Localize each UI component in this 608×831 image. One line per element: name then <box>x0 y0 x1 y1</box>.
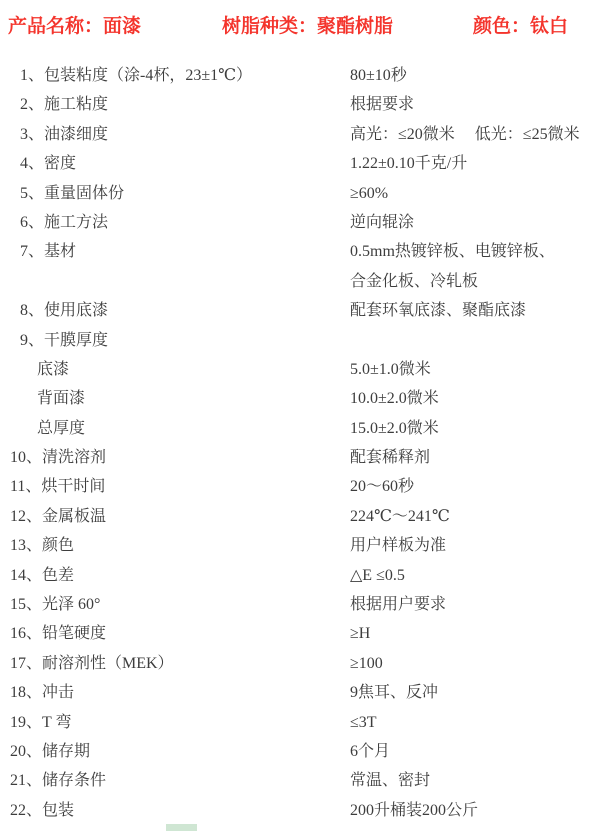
spec-row: 20、储存期 6个月 <box>0 737 608 766</box>
spec-row: 12、金属板温 224℃～241℃ <box>0 502 608 531</box>
spec-row-label: 17、耐溶剂性（MEK） <box>0 649 350 678</box>
spec-row-value: ≥60% <box>350 179 608 208</box>
spec-row-label: 7、基材 <box>0 237 350 266</box>
spec-row-label <box>0 267 350 296</box>
spec-row-value: 常温、密封 <box>350 766 608 795</box>
spec-row-label: 15、光泽 60° <box>0 590 350 619</box>
spec-row: 总厚度 15.0±2.0微米 <box>0 414 608 443</box>
spec-row: 底漆 5.0±1.0微米 <box>0 355 608 384</box>
spec-row: 4、密度 1.22±0.10千克/升 <box>0 149 608 178</box>
spec-row-label: 9、干膜厚度 <box>0 326 350 355</box>
spec-row-label: 10、清洗溶剂 <box>0 443 350 472</box>
spec-row-value: 合金化板、冷轧板 <box>350 267 608 296</box>
spec-row-label: 4、密度 <box>0 149 350 178</box>
spec-row-label: 11、烘干时间 <box>0 472 350 501</box>
spec-row: 3、油漆细度 高光：≤20微米 低光：≤25微米 <box>0 120 608 149</box>
spec-row-label: 2、施工粘度 <box>0 90 350 119</box>
spec-row-value: 15.0±2.0微米 <box>350 414 608 443</box>
spec-row-label: 5、重量固体份 <box>0 179 350 208</box>
spec-row-value: 0.5mm热镀锌板、电镀锌板、 <box>350 237 608 266</box>
spec-row-value: ≥H <box>350 619 608 648</box>
spec-row-label: 背面漆 <box>0 384 350 413</box>
spec-row-value: 配套稀释剂 <box>350 443 608 472</box>
spec-row-value: 9焦耳、反冲 <box>350 678 608 707</box>
spec-row: 15、光泽 60° 根据用户要求 <box>0 590 608 619</box>
spec-row-label: 18、冲击 <box>0 678 350 707</box>
spec-row-value <box>350 326 608 355</box>
spec-row: 17、耐溶剂性（MEK） ≥100 <box>0 649 608 678</box>
spec-row-label: 20、储存期 <box>0 737 350 766</box>
spec-row-value: 根据要求 <box>350 90 608 119</box>
spec-row: 背面漆 10.0±2.0微米 <box>0 384 608 413</box>
spec-row-label: 3、油漆细度 <box>0 120 350 149</box>
spec-row-label: 1、包装粘度（涂-4杯，23±1℃） <box>0 61 350 90</box>
spec-row: 11、烘干时间 20～60秒 <box>0 472 608 501</box>
spec-row-label: 6、施工方法 <box>0 208 350 237</box>
spec-row-value: 80±10秒 <box>350 61 608 90</box>
spec-row-value: 配套环氧底漆、聚酯底漆 <box>350 296 608 325</box>
spec-row: 21、储存条件 常温、密封 <box>0 766 608 795</box>
spec-row-label: 21、储存条件 <box>0 766 350 795</box>
spec-row-value: 逆向辊涂 <box>350 208 608 237</box>
spec-row-label: 13、颜色 <box>0 531 350 560</box>
spec-row: 2、施工粘度 根据要求 <box>0 90 608 119</box>
footer-highlight-bar <box>166 824 197 831</box>
spec-row: 9、干膜厚度 <box>0 326 608 355</box>
spec-row-value: 用户样板为准 <box>350 531 608 560</box>
spec-row-value: 10.0±2.0微米 <box>350 384 608 413</box>
resin-type-label: 树脂种类：聚酯树脂 <box>222 11 393 38</box>
spec-row: 19、T 弯 ≤3T <box>0 708 608 737</box>
spec-row-label: 19、T 弯 <box>0 708 350 737</box>
spec-row-value: 6个月 <box>350 737 608 766</box>
spec-row: 22、包装 200升桶装200公斤 <box>0 796 608 825</box>
spec-row-label: 底漆 <box>0 355 350 384</box>
spec-row-value: ≥100 <box>350 649 608 678</box>
spec-row-value: 5.0±1.0微米 <box>350 355 608 384</box>
spec-row-label: 22、包装 <box>0 796 350 825</box>
spec-row: 合金化板、冷轧板 <box>0 267 608 296</box>
spec-row: 10、清洗溶剂 配套稀释剂 <box>0 443 608 472</box>
spec-row-value: △E ≤0.5 <box>350 561 608 590</box>
spec-row-label: 12、金属板温 <box>0 502 350 531</box>
spec-row: 13、颜色 用户样板为准 <box>0 531 608 560</box>
spec-row: 7、基材 0.5mm热镀锌板、电镀锌板、 <box>0 237 608 266</box>
spec-row-label: 14、色差 <box>0 561 350 590</box>
spec-row-label: 总厚度 <box>0 414 350 443</box>
spec-row-label: 16、铅笔硬度 <box>0 619 350 648</box>
product-name-label: 产品名称：面漆 <box>8 11 141 38</box>
color-label: 颜色：钛白 <box>473 11 568 38</box>
spec-row: 6、施工方法 逆向辊涂 <box>0 208 608 237</box>
spec-row-value: 224℃～241℃ <box>350 502 608 531</box>
spec-row: 14、色差 △E ≤0.5 <box>0 561 608 590</box>
spec-row-value: 200升桶装200公斤 <box>350 796 608 825</box>
spec-row-value: ≤3T <box>350 708 608 737</box>
spec-row: 5、重量固体份 ≥60% <box>0 179 608 208</box>
spec-row-value: 根据用户要求 <box>350 590 608 619</box>
spec-row: 1、包装粘度（涂-4杯，23±1℃） 80±10秒 <box>0 61 608 90</box>
spec-list: 1、包装粘度（涂-4杯，23±1℃） 80±10秒 2、施工粘度 根据要求 3、… <box>0 61 608 825</box>
spec-row-value: 1.22±0.10千克/升 <box>350 149 608 178</box>
spec-sheet-page: 产品名称：面漆 树脂种类：聚酯树脂 颜色：钛白 1、包装粘度（涂-4杯，23±1… <box>0 0 608 831</box>
spec-row-label: 8、使用底漆 <box>0 296 350 325</box>
spec-row: 8、使用底漆 配套环氧底漆、聚酯底漆 <box>0 296 608 325</box>
spec-row: 18、冲击 9焦耳、反冲 <box>0 678 608 707</box>
spec-row-value: 20～60秒 <box>350 472 608 501</box>
spec-row-value: 高光：≤20微米 低光：≤25微米 <box>350 120 608 149</box>
spec-row: 16、铅笔硬度 ≥H <box>0 619 608 648</box>
